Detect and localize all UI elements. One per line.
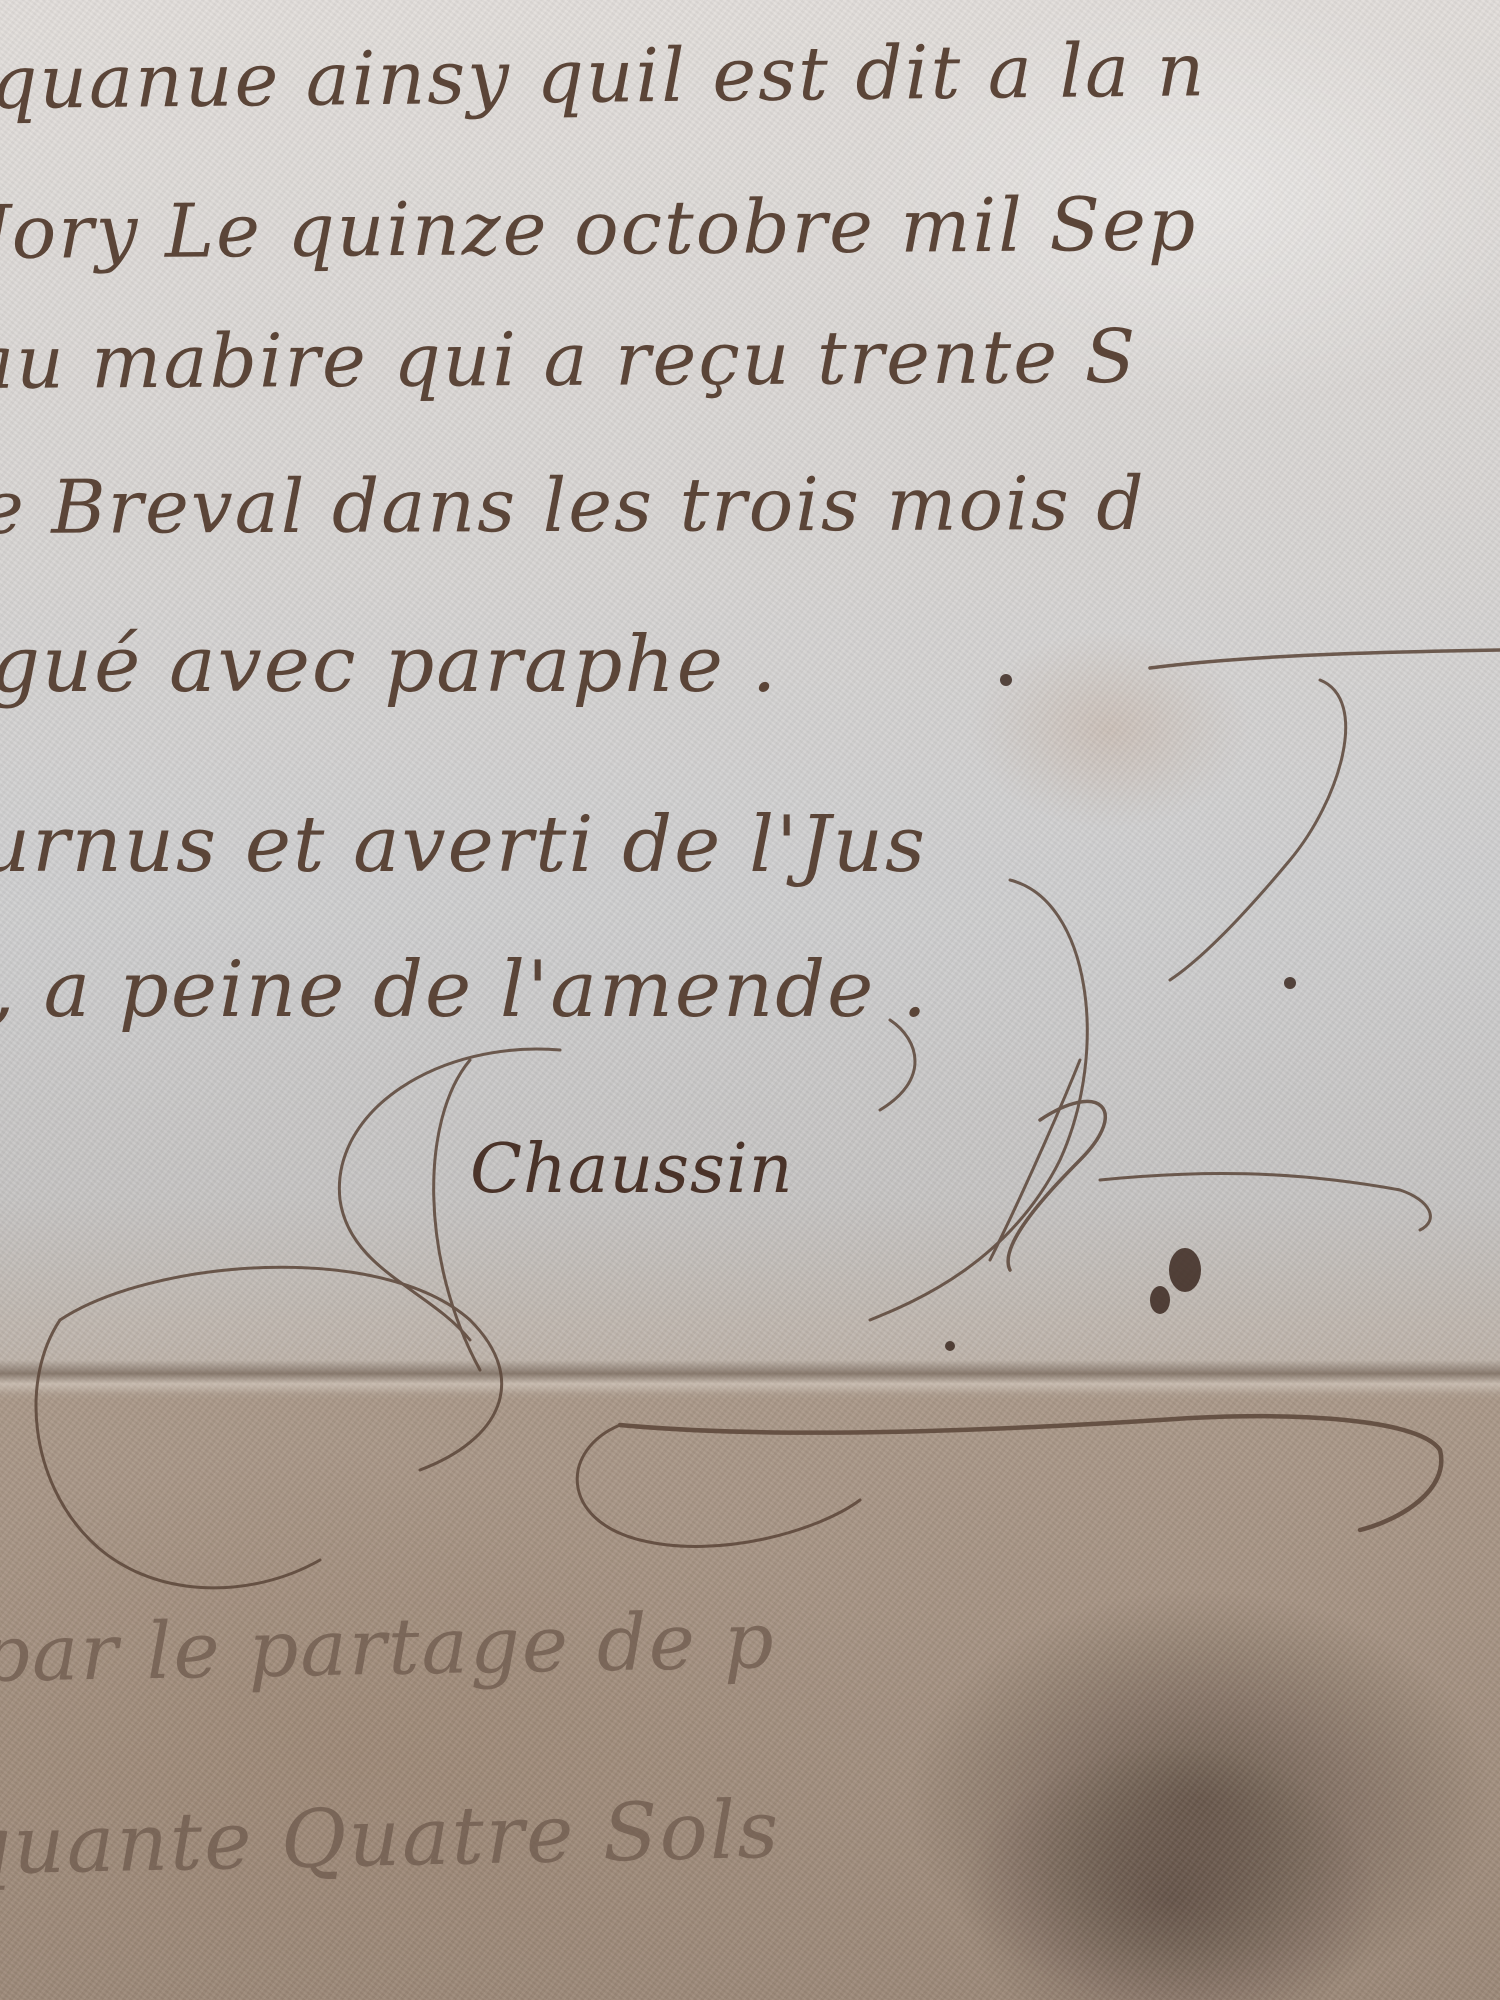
signature-flourish-icon <box>0 0 1500 2000</box>
manuscript-page: quanue ainsy quil est dit a la n Jory Le… <box>0 0 1500 2000</box>
